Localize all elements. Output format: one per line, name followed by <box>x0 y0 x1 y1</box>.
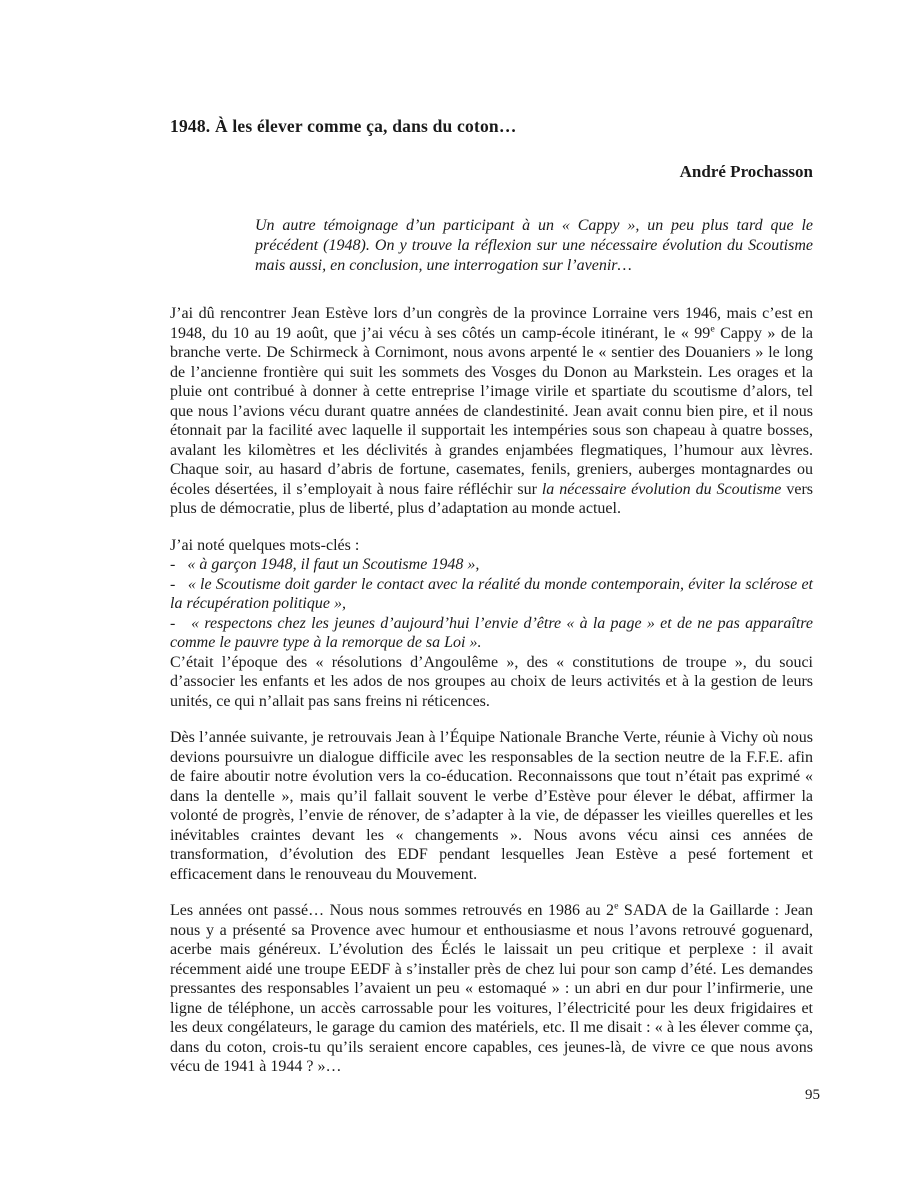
text-segment: J’ai noté quelques mots-clés : <box>170 537 359 554</box>
keyword-item-3: - « respectons chez les jeunes d’aujourd… <box>170 614 813 653</box>
paragraph-epoque-angouleme: C’était l’époque des « résolutions d’Ang… <box>170 653 813 712</box>
text-segment: - <box>170 576 188 593</box>
keywords-lead: J’ai noté quelques mots-clés : <box>170 536 813 556</box>
text-segment: - <box>170 556 187 573</box>
text-section: J’ai noté quelques mots-clés :- « à garç… <box>170 536 813 712</box>
text-section: Dès l’année suivante, je retrouvais Jean… <box>170 728 813 884</box>
text-section: Les années ont passé… Nous nous sommes r… <box>170 901 813 1077</box>
paragraph-vichy: Dès l’année suivante, je retrouvais Jean… <box>170 728 813 884</box>
text-segment: Dès l’année suivante, je retrouvais Jean… <box>170 729 813 883</box>
italic-segment: la nécessaire évolution du Scoutisme <box>542 481 782 498</box>
intro-abstract: Un autre témoignage d’un participant à u… <box>255 216 813 275</box>
text-section: J’ai dû rencontrer Jean Estève lors d’un… <box>170 304 813 519</box>
text-segment: SADA de la Gaillarde : Jean nous y a pré… <box>170 902 813 1075</box>
text-segment: - <box>170 615 191 632</box>
text-column: 1948. À les élever comme ça, dans du cot… <box>170 0 813 1077</box>
author-byline: André Prochasson <box>170 162 813 182</box>
paragraph-1986-sada: Les années ont passé… Nous nous sommes r… <box>170 901 813 1077</box>
italic-segment: « respectons chez les jeunes d’aujourd’h… <box>170 615 813 652</box>
document-page: 1948. À les élever comme ça, dans du cot… <box>0 0 921 1192</box>
italic-segment: « à garçon 1948, il faut un Scoutisme 19… <box>187 556 479 573</box>
keyword-item-2: - « le Scoutisme doit garder le contact … <box>170 575 813 614</box>
text-segment: Les années ont passé… Nous nous sommes r… <box>170 902 614 919</box>
page-number: 95 <box>805 1086 820 1104</box>
page-title: 1948. À les élever comme ça, dans du cot… <box>170 116 813 136</box>
body-text: J’ai dû rencontrer Jean Estève lors d’un… <box>170 304 813 1077</box>
paragraph-rencontre-1946: J’ai dû rencontrer Jean Estève lors d’un… <box>170 304 813 519</box>
text-segment: C’était l’époque des « résolutions d’Ang… <box>170 654 813 710</box>
text-segment: Cappy » de la branche verte. De Schirmec… <box>170 325 813 498</box>
keyword-item-1: - « à garçon 1948, il faut un Scoutisme … <box>170 555 813 575</box>
italic-segment: « le Scoutisme doit garder le contact av… <box>170 576 813 613</box>
